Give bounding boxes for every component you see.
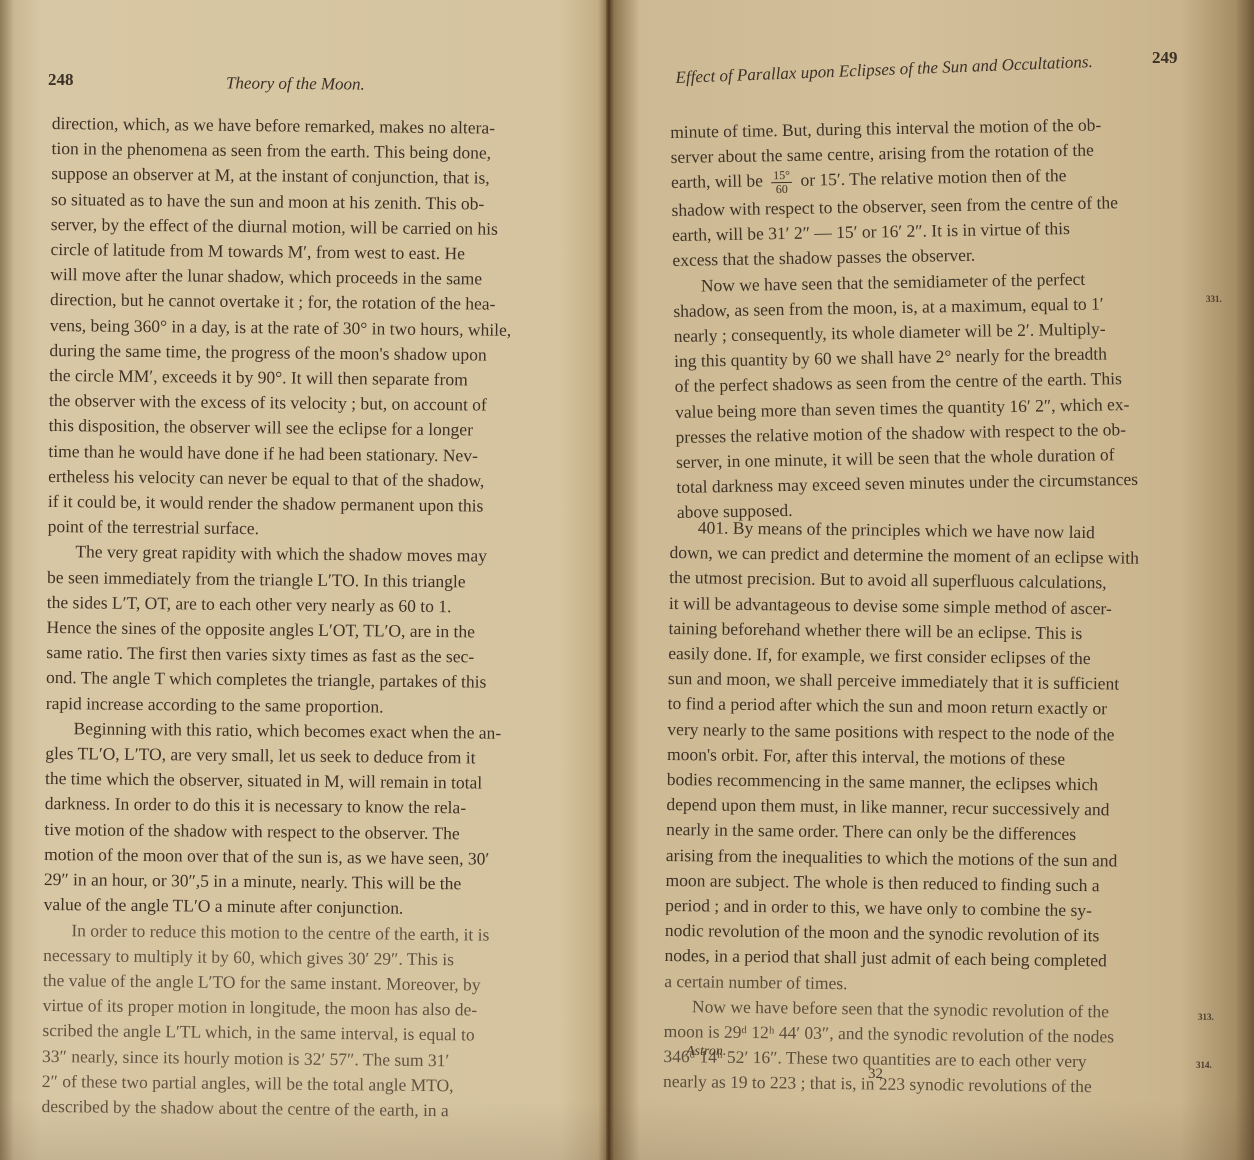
- margin-reference: 313.: [1198, 1012, 1214, 1022]
- left-running-head: Theory of the Moon.: [226, 73, 365, 94]
- page-number: 248: [48, 70, 74, 89]
- running-title: Theory of the Moon.: [226, 73, 365, 93]
- book-spread: 248 Theory of the Moon. direction, which…: [0, 0, 1254, 1160]
- text-line: described by the shadow about the centre…: [41, 1094, 581, 1125]
- fraction-numerator: 15°: [771, 169, 792, 183]
- right-body-text-bottom: 401. By means of the principles which we…: [663, 515, 1195, 1101]
- fraction: 15° 60: [771, 169, 792, 196]
- margin-reference: 331.: [1206, 294, 1222, 304]
- signature-number: 32: [868, 1066, 883, 1083]
- right-page-number: 249: [1152, 48, 1178, 68]
- text-span: earth, will be: [671, 171, 763, 193]
- right-body-text-top: minute of time. But, during this interva…: [670, 111, 1202, 526]
- signature-mark: Astron.: [686, 1044, 726, 1060]
- text-span: server about the same centre, arising fr…: [670, 140, 1094, 167]
- page-number: 249: [1152, 48, 1178, 67]
- fraction-denominator: 60: [771, 183, 792, 196]
- text-span: or 15′. The relative motion then of the: [800, 165, 1066, 190]
- left-body-text: direction, which, as we have before rema…: [41, 111, 592, 1125]
- left-page-number: 248: [48, 70, 74, 90]
- left-page: 248 Theory of the Moon. direction, which…: [0, 0, 608, 1160]
- margin-reference: 314.: [1196, 1060, 1212, 1070]
